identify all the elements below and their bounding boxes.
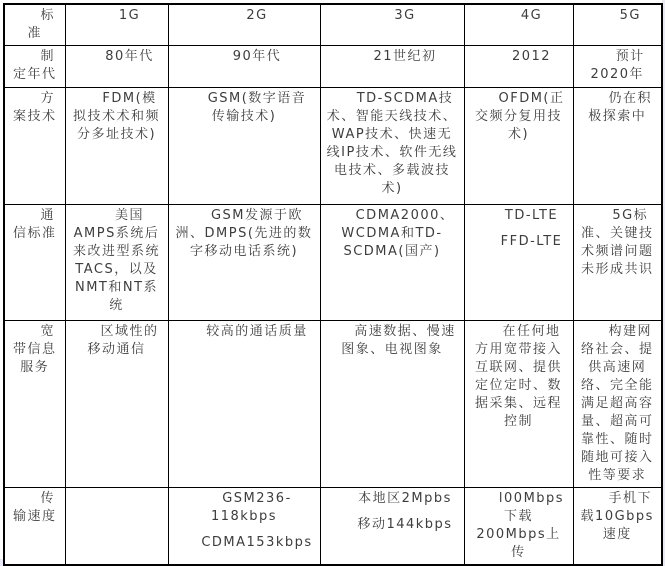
mobile-generations-comparison-table: 标 准1G2G3G4G5G制 定年代80年代90年代21世纪初2012预计 20… [3, 3, 663, 565]
cell-paragraph: 制 定年代 [7, 48, 63, 84]
row-label-cell: 方 案技术 [4, 88, 65, 205]
table-row: 方 案技术FDM(模 拟技术术和频 分多址技术)GSM(数字语音 传输技术)TD… [4, 88, 662, 205]
cell-paragraph: 80年代 [68, 48, 166, 66]
cell-paragraph: 区域性的 移动通信 [68, 323, 166, 359]
table-row: 宽 带信息 服务区域性的 移动通信较高的通话质量高速数据、慢速 图象、电视图象在… [4, 321, 662, 488]
table-cell: 手机下 载10Gbps 速度 [573, 488, 662, 566]
table-body: 标 准1G2G3G4G5G制 定年代80年代90年代21世纪初2012预计 20… [4, 4, 662, 565]
table-cell: TD-LTEFFD-LTE [464, 205, 573, 321]
table-cell: TD-SCDMA技 术、智能天线技术、 WAP技术、快速无 线IP技术、软件无线… [320, 88, 464, 205]
cell-paragraph: 3G [323, 7, 462, 25]
table-cell: 21世纪初 [320, 46, 464, 88]
cell-paragraph: 美国 AMPS系统后 来改进型系统 TACS，以及 NMT和NT系 统 [68, 207, 166, 315]
header-cell: 4G [464, 4, 573, 46]
cell-paragraph: 在任何地 方用宽带接入 互联网、提供 定位定时、数 据采集、远程 控制 [467, 323, 571, 431]
table-cell: 构建网 络社会、提 供高速网 络、完全能 满足超高容 量、超高可 靠性、随时 随… [573, 321, 662, 488]
cell-paragraph: 通 信标准 [7, 207, 63, 243]
cell-paragraph: 90年代 [171, 48, 318, 66]
table-cell: 本地区2Mpbs移动144kbps [320, 488, 464, 566]
table-row: 通 信标准美国 AMPS系统后 来改进型系统 TACS，以及 NMT和NT系 统… [4, 205, 662, 321]
document-page: 标 准1G2G3G4G5G制 定年代80年代90年代21世纪初2012预计 20… [0, 0, 662, 559]
table-cell: GSM发源于欧 洲、DMPS(先进的数 字移动电话系统) [168, 205, 320, 321]
cell-paragraph: CDMA2000、 WCDMA和TD- SCDMA(国产) [323, 207, 462, 261]
table-cell: l00Mbps 下载 200Mbps上 传 [464, 488, 573, 566]
cell-paragraph: 5G [576, 7, 660, 25]
cell-paragraph: 较高的通话质量 [171, 323, 318, 341]
cell-paragraph: 手机下 载10Gbps 速度 [576, 490, 660, 544]
cell-paragraph: 构建网 络社会、提 供高速网 络、完全能 满足超高容 量、超高可 靠性、随时 随… [576, 323, 660, 485]
table-cell: 美国 AMPS系统后 来改进型系统 TACS，以及 NMT和NT系 统 [65, 205, 168, 321]
cell-paragraph: FDM(模 拟技术术和频 分多址技术) [68, 90, 166, 144]
cell-paragraph: 5G标 准、关键技 术频谱问题 未形成共识 [576, 207, 660, 279]
row-label-cell: 宽 带信息 服务 [4, 321, 65, 488]
table-cell [65, 488, 168, 566]
cell-paragraph: OFDM(正 交频分复用技 术) [467, 90, 571, 144]
table-cell: FDM(模 拟技术术和频 分多址技术) [65, 88, 168, 205]
cell-paragraph: 本地区2Mpbs [323, 490, 462, 508]
cell-paragraph: TD-LTE [467, 207, 571, 225]
cell-paragraph: GSM(数字语音 传输技术) [171, 90, 318, 126]
table-cell: 80年代 [65, 46, 168, 88]
table-cell: CDMA2000、 WCDMA和TD- SCDMA(国产) [320, 205, 464, 321]
row-label-cell: 制 定年代 [4, 46, 65, 88]
table-cell: 在任何地 方用宽带接入 互联网、提供 定位定时、数 据采集、远程 控制 [464, 321, 573, 488]
cell-paragraph: 2012 [467, 48, 571, 66]
cell-paragraph: 标 准 [7, 7, 63, 43]
cell-paragraph: 传 输速度 [7, 490, 63, 526]
table-cell: 2012 [464, 46, 573, 88]
table-cell: 5G标 准、关键技 术频谱问题 未形成共识 [573, 205, 662, 321]
table-cell: 仍在积 极探索中 [573, 88, 662, 205]
table-row: 传 输速度GSM236- 118kbpsCDMA153kbps本地区2Mpbs移… [4, 488, 662, 566]
header-label-cell: 标 准 [4, 4, 65, 46]
table-cell: 预计 2020年 [573, 46, 662, 88]
header-row: 标 准1G2G3G4G5G [4, 4, 662, 46]
table-cell: GSM(数字语音 传输技术) [168, 88, 320, 205]
cell-paragraph: GSM236- 118kbps [171, 490, 318, 526]
cell-paragraph: 高速数据、慢速 图象、电视图象 [323, 323, 462, 359]
table-cell: OFDM(正 交频分复用技 术) [464, 88, 573, 205]
cell-paragraph: 21世纪初 [323, 48, 462, 66]
table-cell: 较高的通话质量 [168, 321, 320, 488]
cell-paragraph: FFD-LTE [467, 233, 571, 251]
cell-paragraph: GSM发源于欧 洲、DMPS(先进的数 字移动电话系统) [171, 207, 318, 261]
table-cell: GSM236- 118kbpsCDMA153kbps [168, 488, 320, 566]
cell-paragraph: CDMA153kbps [171, 534, 318, 552]
cell-paragraph: 4G [467, 7, 571, 25]
header-cell: 5G [573, 4, 662, 46]
table-cell: 区域性的 移动通信 [65, 321, 168, 488]
header-cell: 1G [65, 4, 168, 46]
header-cell: 3G [320, 4, 464, 46]
row-label-cell: 传 输速度 [4, 488, 65, 566]
cell-paragraph: l00Mbps 下载 200Mbps上 传 [467, 490, 571, 562]
cell-paragraph: 宽 带信息 服务 [7, 323, 63, 377]
table-cell: 90年代 [168, 46, 320, 88]
row-label-cell: 通 信标准 [4, 205, 65, 321]
cell-paragraph: 2G [171, 7, 318, 25]
cell-paragraph: 移动144kbps [323, 516, 462, 534]
cell-paragraph: 1G [68, 7, 166, 25]
cell-paragraph: 仍在积 极探索中 [576, 90, 660, 126]
cell-paragraph: 预计 2020年 [576, 48, 660, 84]
cell-paragraph: TD-SCDMA技 术、智能天线技术、 WAP技术、快速无 线IP技术、软件无线… [323, 90, 462, 198]
header-cell: 2G [168, 4, 320, 46]
table-row: 制 定年代80年代90年代21世纪初2012预计 2020年 [4, 46, 662, 88]
table-cell: 高速数据、慢速 图象、电视图象 [320, 321, 464, 488]
cell-paragraph: 方 案技术 [7, 90, 63, 126]
